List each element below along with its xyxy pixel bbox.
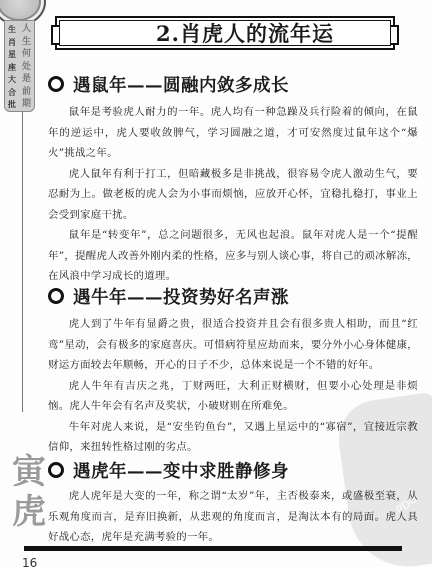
paragraph: 虎人鼠年有利于打工，但暗藏极多是非挑战，很容易令虎人激动生气，要忍耐为上。做老板… bbox=[48, 164, 418, 226]
side-char: 合 bbox=[8, 86, 16, 99]
section-title: 遇牛年——投资势好名声涨 bbox=[73, 284, 289, 309]
side-tab-left-column: 生 肖 星 座 大 合 批 bbox=[8, 23, 16, 111]
section-title: 遇虎年——变中求胜静修身 bbox=[73, 458, 289, 483]
side-char: 期 bbox=[22, 98, 31, 111]
section-heading: 遇牛年——投资势好名声涨 bbox=[48, 284, 418, 308]
paragraph: 鼠年是“转变年”，总之问题很多，无风也起浪。鼠年对虎人是一个“提醒年”，提醒虎人… bbox=[48, 225, 418, 287]
side-char: 生 bbox=[22, 36, 31, 49]
ring-bullet-icon bbox=[48, 462, 64, 478]
section-title: 遇鼠年——圆融内敛多成长 bbox=[73, 72, 289, 97]
side-tab-right-column: 人 生 何 处 是 前 期 bbox=[22, 23, 31, 111]
side-char: 座 bbox=[8, 61, 16, 74]
section-rat-year: 遇鼠年——圆融内敛多成长 鼠年是考验虎人耐力的一年。虎人均有一种急躁及兵行险着的… bbox=[48, 72, 418, 287]
paragraph: 虎人牛年有吉庆之兆，丁财两旺，大利正财横财，但要小心处理是非烦恼。虎人牛年会有名… bbox=[48, 376, 418, 417]
page-title: 2.肖虎人的流年运 bbox=[116, 18, 334, 48]
section-tiger-year: 遇虎年——变中求胜静修身 虎人虎年是大变的一年，称之谓“太岁”年，主否极泰来，或… bbox=[48, 458, 418, 548]
paragraph: 牛年对虎人来说，是“安坐钓鱼台”，又遇上星运中的“寡宿”，宜接近宗教信仰，来扭转… bbox=[48, 417, 418, 458]
ring-bullet-icon bbox=[48, 76, 64, 92]
side-char: 何 bbox=[22, 48, 31, 61]
side-char: 星 bbox=[8, 48, 16, 61]
paragraph: 虎人到了牛年有显爵之贵，很适合投资并且会有很多贵人相助，而且“红鸾”星动，会有极… bbox=[48, 314, 418, 376]
side-divider-line bbox=[22, 112, 23, 412]
page-title-frame: 2.肖虎人的流年运 bbox=[55, 16, 395, 50]
ring-bullet-icon bbox=[48, 288, 64, 304]
section-ox-year: 遇牛年——投资势好名声涨 虎人到了牛年有显爵之贵，很适合投资并且会有很多贵人相助… bbox=[48, 284, 418, 458]
side-char: 批 bbox=[8, 98, 16, 111]
footer-rule bbox=[24, 546, 402, 551]
side-char: 前 bbox=[22, 86, 31, 99]
side-tab: 生 肖 星 座 大 合 批 人 生 何 处 是 前 期 bbox=[4, 20, 35, 112]
side-char: 人 bbox=[22, 23, 31, 36]
section-heading: 遇鼠年——圆融内敛多成长 bbox=[48, 72, 418, 96]
side-zodiac-label: 寅虎 bbox=[8, 452, 50, 532]
side-char: 是 bbox=[22, 73, 31, 86]
side-char: 处 bbox=[22, 61, 31, 74]
side-char: 肖 bbox=[8, 36, 16, 49]
side-char: 大 bbox=[8, 73, 16, 86]
side-char: 生 bbox=[8, 23, 16, 36]
page-number: 16 bbox=[22, 556, 37, 567]
paragraph: 虎人虎年是大变的一年，称之谓“太岁”年，主否极泰来，或盛极至衰，从乐观角度而言，… bbox=[48, 486, 418, 548]
section-heading: 遇虎年——变中求胜静修身 bbox=[48, 458, 418, 482]
paragraph: 鼠年是考验虎人耐力的一年。虎人均有一种急躁及兵行险着的倾向，在鼠年的逆运中，虎人… bbox=[48, 102, 418, 164]
